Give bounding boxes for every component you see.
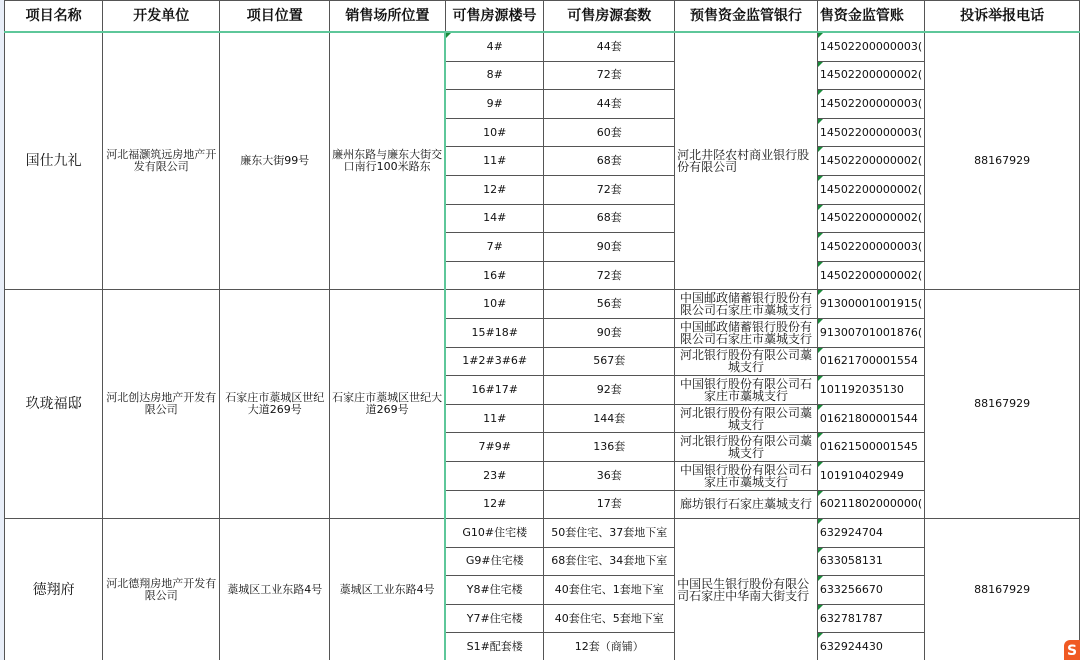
- project-name-cell[interactable]: 玖珑福邸: [5, 290, 103, 519]
- location-cell[interactable]: 廉东大街99号: [220, 32, 330, 290]
- units-cell[interactable]: 12套（商铺）: [544, 633, 675, 660]
- header-sales-location[interactable]: 销售场所位置: [330, 1, 446, 33]
- bank-cell[interactable]: 河北银行股份有限公司藁城支行: [675, 347, 818, 376]
- account-cell[interactable]: 14502200000002(: [817, 204, 924, 233]
- building-cell[interactable]: G9#住宅楼: [445, 547, 544, 576]
- account-cell[interactable]: 01621700001554: [817, 347, 924, 376]
- bank-cell[interactable]: 河北银行股份有限公司藁城支行: [675, 404, 818, 433]
- account-cell[interactable]: 633058131: [817, 547, 924, 576]
- header-project-name[interactable]: 项目名称: [5, 1, 103, 33]
- units-cell[interactable]: 90套: [544, 233, 675, 262]
- account-cell[interactable]: 14502200000003(: [817, 233, 924, 262]
- units-cell[interactable]: 50套住宅、37套地下室: [544, 519, 675, 548]
- header-row: 项目名称 开发单位 项目位置 销售场所位置 可售房源楼号 可售房源套数 预售资金…: [5, 1, 1080, 33]
- sales-location-cell[interactable]: 廉州东路与廉东大街交口南行100米路东: [330, 32, 446, 290]
- header-account[interactable]: 售资金监管账: [817, 1, 924, 33]
- units-cell[interactable]: 40套住宅、1套地下室: [544, 576, 675, 605]
- building-cell[interactable]: 8#: [445, 61, 544, 90]
- units-cell[interactable]: 92套: [544, 376, 675, 405]
- account-cell[interactable]: 91300701001876(: [817, 318, 924, 347]
- units-cell[interactable]: 567套: [544, 347, 675, 376]
- account-cell[interactable]: 633256670: [817, 576, 924, 605]
- units-cell[interactable]: 60套: [544, 118, 675, 147]
- phone-cell[interactable]: 88167929: [925, 290, 1080, 519]
- bank-cell[interactable]: 中国民生银行股份有限公司石家庄中华南大街支行: [675, 519, 818, 660]
- building-cell[interactable]: 16#: [445, 261, 544, 290]
- account-cell[interactable]: 60211802000000(: [817, 490, 924, 519]
- developer-cell[interactable]: 河北德翔房地产开发有限公司: [103, 519, 220, 660]
- account-cell[interactable]: 01621800001544: [817, 404, 924, 433]
- units-cell[interactable]: 68套: [544, 204, 675, 233]
- bank-cell[interactable]: 中国邮政储蓄银行股份有限公司石家庄市藁城支行: [675, 290, 818, 319]
- building-cell[interactable]: 23#: [445, 461, 544, 490]
- account-cell[interactable]: 101910402949: [817, 461, 924, 490]
- developer-cell[interactable]: 河北创达房地产开发有限公司: [103, 290, 220, 519]
- building-cell[interactable]: 12#: [445, 175, 544, 204]
- account-cell[interactable]: 14502200000002(: [817, 261, 924, 290]
- account-cell[interactable]: 14502200000003(: [817, 118, 924, 147]
- building-cell[interactable]: 10#: [445, 290, 544, 319]
- account-cell[interactable]: 632781787: [817, 604, 924, 633]
- units-cell[interactable]: 144套: [544, 404, 675, 433]
- header-units[interactable]: 可售房源套数: [544, 1, 675, 33]
- spreadsheet: 项目名称 开发单位 项目位置 销售场所位置 可售房源楼号 可售房源套数 预售资金…: [4, 0, 1080, 660]
- account-cell[interactable]: 01621500001545: [817, 433, 924, 462]
- account-cell[interactable]: 14502200000003(: [817, 90, 924, 119]
- bank-cell[interactable]: 中国邮政储蓄银行股份有限公司石家庄市藁城支行: [675, 318, 818, 347]
- units-cell[interactable]: 72套: [544, 175, 675, 204]
- table-row: 玖珑福邸 河北创达房地产开发有限公司 石家庄市藁城区世纪大道269号 石家庄市藁…: [5, 290, 1080, 319]
- building-cell[interactable]: 10#: [445, 118, 544, 147]
- developer-cell[interactable]: 河北福灏筑远房地产开发有限公司: [103, 32, 220, 290]
- bank-cell[interactable]: 中国银行股份有限公司石家庄市藁城支行: [675, 376, 818, 405]
- building-cell[interactable]: 11#: [445, 404, 544, 433]
- header-bank[interactable]: 预售资金监管银行: [675, 1, 818, 33]
- units-cell[interactable]: 36套: [544, 461, 675, 490]
- units-cell[interactable]: 136套: [544, 433, 675, 462]
- building-cell[interactable]: 11#: [445, 147, 544, 176]
- account-cell[interactable]: 14502200000003(: [817, 32, 924, 61]
- units-cell[interactable]: 90套: [544, 318, 675, 347]
- units-cell[interactable]: 72套: [544, 261, 675, 290]
- header-phone[interactable]: 投诉举报电话: [925, 1, 1080, 33]
- bank-cell[interactable]: 河北井陉农村商业银行股份有限公司: [675, 32, 818, 290]
- building-cell[interactable]: 9#: [445, 90, 544, 119]
- header-building[interactable]: 可售房源楼号: [445, 1, 544, 33]
- project-name-cell[interactable]: 德翔府: [5, 519, 103, 660]
- project-name-cell[interactable]: 国仕九礼: [5, 32, 103, 290]
- building-cell[interactable]: 4#: [445, 32, 544, 61]
- building-cell[interactable]: Y8#住宅楼: [445, 576, 544, 605]
- units-cell[interactable]: 44套: [544, 32, 675, 61]
- sales-location-cell[interactable]: 藁城区工业东路4号: [330, 519, 446, 660]
- units-cell[interactable]: 40套住宅、5套地下室: [544, 604, 675, 633]
- location-cell[interactable]: 藁城区工业东路4号: [220, 519, 330, 660]
- account-cell[interactable]: 14502200000002(: [817, 61, 924, 90]
- building-cell[interactable]: 15#18#: [445, 318, 544, 347]
- table-row: 国仕九礼 河北福灏筑远房地产开发有限公司 廉东大街99号 廉州东路与廉东大街交口…: [5, 32, 1080, 61]
- phone-cell[interactable]: 88167929: [925, 519, 1080, 660]
- building-cell[interactable]: S1#配套楼: [445, 633, 544, 660]
- bank-cell[interactable]: 中国银行股份有限公司石家庄市藁城支行: [675, 461, 818, 490]
- account-cell[interactable]: 632924430: [817, 633, 924, 660]
- account-cell[interactable]: 91300001001915(: [817, 290, 924, 319]
- units-cell[interactable]: 56套: [544, 290, 675, 319]
- account-cell[interactable]: 14502200000002(: [817, 147, 924, 176]
- units-cell[interactable]: 68套住宅、34套地下室: [544, 547, 675, 576]
- building-cell[interactable]: G10#住宅楼: [445, 519, 544, 548]
- sales-location-cell[interactable]: 石家庄市藁城区世纪大道269号: [330, 290, 446, 519]
- bank-cell[interactable]: 廊坊银行石家庄藁城支行: [675, 490, 818, 519]
- building-cell[interactable]: 7#9#: [445, 433, 544, 462]
- building-cell[interactable]: 7#: [445, 233, 544, 262]
- header-location[interactable]: 项目位置: [220, 1, 330, 33]
- bank-cell[interactable]: 河北银行股份有限公司藁城支行: [675, 433, 818, 462]
- units-cell[interactable]: 44套: [544, 90, 675, 119]
- app-logo-icon: S: [1064, 640, 1080, 660]
- account-cell[interactable]: 632924704: [817, 519, 924, 548]
- account-cell[interactable]: 101192035130: [817, 376, 924, 405]
- presale-table: 项目名称 开发单位 项目位置 销售场所位置 可售房源楼号 可售房源套数 预售资金…: [4, 0, 1080, 660]
- building-cell[interactable]: 1#2#3#6#: [445, 347, 544, 376]
- units-cell[interactable]: 68套: [544, 147, 675, 176]
- building-cell[interactable]: 14#: [445, 204, 544, 233]
- building-cell[interactable]: Y7#住宅楼: [445, 604, 544, 633]
- building-cell[interactable]: 12#: [445, 490, 544, 519]
- account-cell[interactable]: 14502200000002(: [817, 175, 924, 204]
- location-cell[interactable]: 石家庄市藁城区世纪大道269号: [220, 290, 330, 519]
- building-cell[interactable]: 16#17#: [445, 376, 544, 405]
- header-developer[interactable]: 开发单位: [103, 1, 220, 33]
- phone-cell[interactable]: 88167929: [925, 32, 1080, 290]
- table-row: 德翔府 河北德翔房地产开发有限公司 藁城区工业东路4号 藁城区工业东路4号 G1…: [5, 519, 1080, 548]
- units-cell[interactable]: 72套: [544, 61, 675, 90]
- units-cell[interactable]: 17套: [544, 490, 675, 519]
